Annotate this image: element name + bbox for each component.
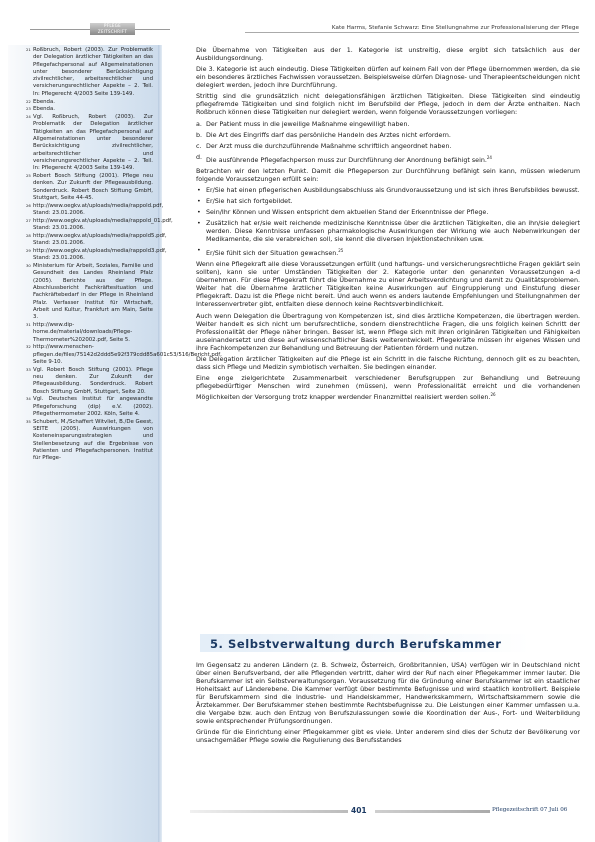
paragraph: Wenn eine Pflegekraft alle diese Vorauss… (196, 261, 580, 309)
section-body: Im Gegensatz zu anderen Ländern (z. B. S… (196, 662, 580, 748)
footnote: 35Schubert, M./Schaffert Witvliet, B./De… (33, 419, 153, 463)
footnote-text: Roßbruch, Robert (2003). Zur Problematik… (33, 47, 153, 97)
footnote: 25Robert Bosch Stiftung (2001). Pflege n… (33, 173, 153, 202)
footnote: 31http://www.dip-home.de/material/downlo… (33, 322, 153, 344)
footnote-number: 23 (26, 105, 31, 112)
footnote: 26http://www.oegkv.at/uploads/media/rapp… (33, 203, 153, 218)
footnote-link[interactable]: http://www.oegkv.at/uploads/media/rappol… (33, 248, 167, 261)
list-text: Sein/Ihr Können und Wissen entspricht de… (206, 209, 488, 216)
list-item: •Er/Sie hat einen pflegerischen Ausbildu… (196, 187, 580, 195)
footnote: 28http://www.oegkv.at/uploads/media/rapp… (33, 233, 153, 248)
footnote-text: Schubert, M./Schaffert Witvliet, B./De G… (33, 419, 153, 461)
footnote: 30Ministerium für Arbeit, Soziales, Fami… (33, 263, 153, 321)
footnote: 32http://www.menschen-pflegen.de/files/7… (33, 344, 153, 366)
footnote: 23Ebenda. (33, 106, 153, 113)
paragraph: Im Gegensatz zu anderen Ländern (z. B. S… (196, 662, 580, 726)
footnote-number: 21 (26, 46, 31, 53)
list-text: Er/Sie fühlt sich der Situation gewachse… (206, 250, 338, 257)
footnote-number: 22 (26, 98, 31, 105)
list-item: •Zusätzlich hat er/sie weit reichende me… (196, 220, 580, 244)
logo-mark: PFLEGE ZEITSCHRIFT (90, 23, 135, 35)
running-head-rule (245, 32, 579, 33)
list-label: c. (196, 143, 202, 151)
page-number: 401 (351, 806, 367, 815)
footnote-text: Robert Bosch Stiftung (2001). Pflege neu… (33, 173, 153, 201)
delegation-conditions-list: a.Der Patient muss in die jeweilige Maßn… (196, 121, 580, 165)
footnote-link[interactable]: http://www.oegkv.at/uploads/media/rappol… (33, 203, 163, 216)
footnote-ref[interactable]: 25 (338, 248, 343, 253)
running-head-text: Kate Harms, Stefanie Schwarz: Eine Stell… (332, 25, 579, 31)
footnote-number: 31 (26, 321, 31, 328)
footnote: 22Ebenda. (33, 99, 153, 106)
bullet-icon: • (197, 198, 201, 206)
list-text: Zusätzlich hat er/sie weit reichende med… (206, 220, 580, 243)
paragraph: Betrachten wir den letzten Punkt. Damit … (196, 168, 580, 184)
bullet-icon: • (197, 220, 201, 228)
list-text: Der Arzt muss die durchzuführende Maßnah… (206, 143, 452, 150)
paragraph: Die 3. Kategorie ist auch eindeutig. Die… (196, 66, 580, 90)
footnote-number: 34 (26, 395, 31, 402)
footnote-link[interactable]: http://www.oegkv.at/uploads/media/rappol… (33, 233, 167, 246)
list-label: a. (196, 121, 202, 129)
list-label: d. (196, 154, 202, 162)
list-item: •Er/Sie hat sich fortgebildet. (196, 198, 580, 206)
footnote-number: 33 (26, 366, 31, 373)
footer-rule-left (190, 810, 348, 813)
list-text: Der Patient muss in die jeweilige Maßnah… (206, 121, 410, 128)
section-heading: 5. Selbstverwaltung durch Berufskammer (210, 637, 570, 651)
journal-logo: PFLEGE ZEITSCHRIFT (30, 23, 170, 35)
bullet-icon: • (197, 187, 201, 195)
paragraph: Auch wenn Delegation die Übertragung von… (196, 313, 580, 353)
footnote-text: Vgl. Deutsches Institut für angewandte P… (33, 396, 153, 417)
list-text: Er/Sie hat einen pflegerischen Ausbildun… (206, 187, 580, 194)
list-text: Die Art des Eingriffs darf das persönlic… (206, 132, 451, 139)
paragraph-text: Eine enge zielgerichtete Zusammenarbeit … (196, 375, 580, 401)
footer-rule-right (375, 810, 490, 813)
body-text: Die Übernahme von Tätigkeiten aus der 1.… (196, 47, 580, 405)
footnote-number: 29 (26, 247, 31, 254)
paragraph: Die Übernahme von Tätigkeiten aus der 1.… (196, 47, 580, 63)
list-item: a.Der Patient muss in die jeweilige Maßn… (196, 121, 580, 129)
footnotes: 21Roßbruch, Robert (2003). Zur Problemat… (33, 47, 153, 463)
footnote: 27http://www.oegkv.at/uploads/media/rapp… (33, 218, 153, 233)
footnote-number: 35 (26, 418, 31, 425)
bullet-icon: • (197, 247, 201, 255)
list-item: b.Die Art des Eingriffs darf das persönl… (196, 132, 580, 140)
page-footer: 401 Pflegezeitschrift 07 Juli 06 (190, 807, 590, 817)
list-text: Die ausführende Pflegefachperson muss zu… (206, 157, 487, 164)
footnote-number: 25 (26, 172, 31, 179)
paragraph: Die Delegation ärztlicher Tätigkeiten au… (196, 356, 580, 372)
footnote-link[interactable]: http://www.menschen-pflegen.de/files/751… (33, 344, 222, 365)
footnote: 29http://www.oegkv.at/uploads/media/rapp… (33, 248, 153, 263)
footnote-text: Vgl. Robert Bosch Stiftung (2001). Pfleg… (33, 367, 153, 395)
footnote-link[interactable]: http://www.dip-home.de/material/download… (33, 322, 132, 343)
footnote-number: 24 (26, 113, 31, 120)
footnote-text: Vgl. Roßbruch, Robert (2003). Zur Proble… (33, 114, 153, 171)
section-heading-text: 5. Selbstverwaltung durch Berufskammer (210, 637, 502, 651)
paragraph: Strittig sind die grundsätzlich nicht de… (196, 93, 580, 117)
footnote: 24Vgl. Roßbruch, Robert (2003). Zur Prob… (33, 114, 153, 172)
list-item: c.Der Arzt muss die durchzuführende Maßn… (196, 143, 580, 151)
list-label: b. (196, 132, 202, 140)
footnote-ref[interactable]: 26 (490, 392, 495, 397)
footnote-number: 32 (26, 343, 31, 350)
paragraph: Eine enge zielgerichtete Zusammenarbeit … (196, 375, 580, 402)
footnote: 21Roßbruch, Robert (2003). Zur Problemat… (33, 47, 153, 98)
sidebar-edge (158, 45, 162, 842)
list-item: •Sein/Ihr Können und Wissen entspricht d… (196, 209, 580, 217)
footnote: 34Vgl. Deutsches Institut für angewandte… (33, 396, 153, 418)
footnote-number: 30 (26, 262, 31, 269)
footnote-number: 27 (26, 217, 31, 224)
paragraph: Gründe für die Einrichtung einer Pflegek… (196, 729, 580, 745)
list-text: Er/Sie hat sich fortgebildet. (206, 198, 293, 205)
footnote-number: 28 (26, 232, 31, 239)
running-head: Kate Harms, Stefanie Schwarz: Eine Stell… (245, 25, 579, 33)
issue-label: Pflegezeitschrift 07 Juli 06 (492, 807, 567, 813)
list-item: d.Die ausführende Pflegefachperson muss … (196, 154, 580, 165)
list-item: •Er/Sie fühlt sich der Situation gewachs… (196, 247, 580, 258)
footnote-text: Ebenda. (33, 99, 55, 105)
footnote-link[interactable]: http://www.oegkv.at/uploads/media/rappol… (33, 218, 173, 231)
footnote-text: Ministerium für Arbeit, Soziales, Famili… (33, 263, 153, 320)
footnote: 33Vgl. Robert Bosch Stiftung (2001). Pfl… (33, 367, 153, 396)
requirements-list: •Er/Sie hat einen pflegerischen Ausbildu… (196, 187, 580, 258)
footnote-number: 26 (26, 202, 31, 209)
footnote-ref[interactable]: 24 (487, 155, 492, 160)
bullet-icon: • (197, 209, 201, 217)
footnote-text: Ebenda. (33, 106, 55, 112)
